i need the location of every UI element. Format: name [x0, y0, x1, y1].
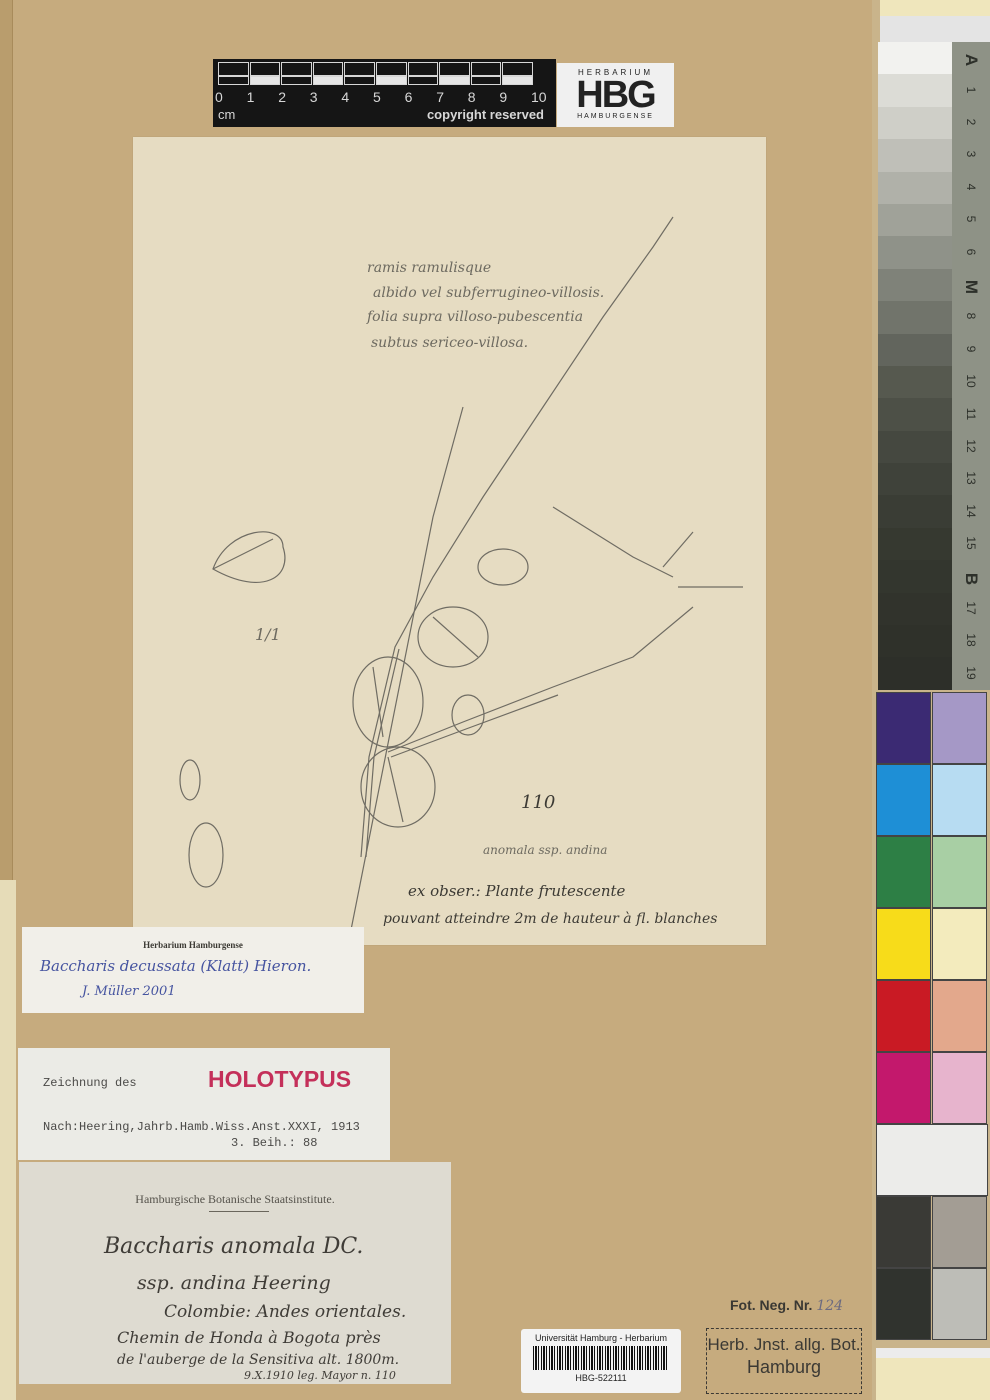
- stamp-line-1: Herb. Jnst. allg. Bot.: [707, 1335, 861, 1355]
- holotype-status: HOLOTYPUS: [208, 1066, 351, 1093]
- folder-edge-pale: [0, 880, 16, 1400]
- determination-name: Baccharis decussata (Klatt) Hieron.: [40, 957, 311, 975]
- scale-tick-label: 7: [436, 89, 444, 105]
- chart-top-cream: [880, 0, 990, 16]
- grey-patch: [878, 204, 952, 236]
- note-line-4: subtus sericeo-villosa.: [371, 335, 528, 351]
- holotype-prefix: Zeichnung des: [43, 1076, 137, 1090]
- color-patch: [932, 980, 987, 1052]
- note-line-3: folia supra villoso-pubescentia: [367, 309, 583, 325]
- barcode-title: Universität Hamburg - Herbarium: [521, 1333, 681, 1343]
- scale-segment-alt: [439, 76, 470, 85]
- photo-negative-number: Fot. Neg. Nr. 124: [730, 1297, 843, 1314]
- scale-segment-alt: [502, 76, 533, 85]
- note-line-2: albido vel subferrugineo-villosis.: [373, 285, 604, 301]
- grey-patch: [878, 495, 952, 527]
- scale-segment-alt: [313, 76, 344, 85]
- scale-segment-alt: [376, 76, 407, 85]
- note-line-1: ramis ramulisque: [367, 260, 491, 276]
- collection-line-5: de l'auberge de la Sensitiva alt. 1800m.: [117, 1352, 399, 1368]
- color-patch: [876, 1196, 931, 1268]
- grey-patch: [878, 463, 952, 495]
- grey-patch: [878, 139, 952, 171]
- divider: [209, 1211, 269, 1212]
- collection-line-6: 9.X.1910 leg. Mayor n. 110: [244, 1369, 396, 1382]
- scale-segment: [344, 62, 375, 76]
- grey-scale-label: 15: [964, 524, 978, 562]
- color-patch: [876, 1268, 931, 1340]
- holotype-reference-2: 3. Beih.: 88: [231, 1136, 317, 1150]
- scale-tick-label: 3: [310, 89, 318, 105]
- scale-segment-alt: [408, 76, 439, 85]
- copyright-text: copyright reserved: [427, 107, 544, 122]
- grey-patch: [878, 74, 952, 106]
- grey-patch: [878, 334, 952, 366]
- color-patch: [932, 836, 987, 908]
- scale-segment-alt: [471, 76, 502, 85]
- color-patch: [876, 1052, 931, 1124]
- scale-unit: cm: [218, 107, 235, 122]
- label-header: Herbarium Hamburgense: [22, 940, 364, 950]
- institution-name: Hamburgische Botanische Staatsinstitute.: [19, 1192, 451, 1207]
- scale-mark: 1/1: [255, 625, 281, 644]
- scale-tick-label: 9: [499, 89, 507, 105]
- grey-scale: [878, 42, 952, 690]
- grey-patch: [878, 431, 952, 463]
- color-patch: [932, 1268, 987, 1340]
- color-patch: [932, 1196, 987, 1268]
- holotype-label: Zeichnung des HOLOTYPUS Nach:Heering,Jah…: [18, 1048, 390, 1160]
- grey-scale-label: 6: [964, 233, 978, 271]
- collection-label: Hamburgische Botanische Staatsinstitute.…: [19, 1162, 451, 1384]
- grey-scale-label: 19: [964, 654, 978, 692]
- color-patch: [876, 692, 931, 764]
- grey-patch: [878, 528, 952, 560]
- scale-segment: [281, 62, 312, 76]
- scale-segment: [439, 62, 470, 76]
- scale-tick-label: 5: [373, 89, 381, 105]
- color-patch: [876, 1124, 988, 1196]
- scale-segment: [313, 62, 344, 76]
- stamp-line-2: Hamburg: [707, 1357, 861, 1378]
- scale-segment: [250, 62, 281, 76]
- grey-patch: [878, 625, 952, 657]
- color-patch: [876, 980, 931, 1052]
- grey-patch: [878, 593, 952, 625]
- scale-tick-label: 10: [531, 89, 547, 105]
- scale-segment: [376, 62, 407, 76]
- scale-segment-alt: [281, 76, 312, 85]
- grey-patch: [878, 657, 952, 689]
- collection-line-3: Colombie: Andes orientales.: [164, 1302, 406, 1322]
- scale-tick-label: 0: [215, 89, 223, 105]
- drawing-number: 110: [521, 792, 555, 813]
- scale-segment-alt: [218, 76, 249, 85]
- grey-patch: [878, 398, 952, 430]
- color-patch: [876, 908, 931, 980]
- color-patch: [876, 836, 931, 908]
- grey-patch: [878, 269, 952, 301]
- scale-segment: [408, 62, 439, 76]
- plant-sketch-icon: [133, 137, 766, 945]
- determiner: J. Müller 2001: [82, 984, 176, 999]
- collection-line-2: ssp. andina Heering: [137, 1272, 331, 1294]
- taxon-note: anomala ssp. andina: [483, 843, 607, 857]
- grey-patch: [878, 366, 952, 398]
- color-patch: [876, 764, 931, 836]
- barcode-icon: [533, 1346, 669, 1370]
- scale-segment: [502, 62, 533, 76]
- barcode-id: HBG-522111: [521, 1373, 681, 1383]
- color-patch: [932, 764, 987, 836]
- color-patch: [932, 1052, 987, 1124]
- scale-tick-label: 8: [468, 89, 476, 105]
- observation-line-1: ex obser.: Plante frutescente: [408, 882, 625, 900]
- grey-patch: [878, 42, 952, 74]
- herbarium-logo: HERBARIUM HBG HAMBURGENSE: [557, 63, 674, 127]
- scale-segment: [471, 62, 502, 76]
- grey-patch: [878, 107, 952, 139]
- chart-bottom-white: [876, 1348, 990, 1358]
- scale-segment-alt: [250, 76, 281, 85]
- logo-mark: HBG: [557, 77, 674, 113]
- determination-label: Herbarium Hamburgense Baccharis decussat…: [22, 927, 364, 1013]
- institution-stamp: Herb. Jnst. allg. Bot. Hamburg: [706, 1328, 862, 1394]
- drawing-sheet: ramis ramulisque albido vel subferrugine…: [133, 137, 766, 945]
- grey-patch: [878, 560, 952, 592]
- collection-line-1: Baccharis anomala DC.: [104, 1234, 363, 1259]
- scale-tick-label: 1: [247, 89, 255, 105]
- photo-negative-label: Fot. Neg. Nr.: [730, 1297, 812, 1313]
- photo-negative-value: 124: [816, 1298, 843, 1314]
- barcode-label: Universität Hamburg - Herbarium HBG-5221…: [521, 1329, 681, 1393]
- observation-line-2: pouvant atteindre 2m de hauteur à fl. bl…: [383, 911, 717, 927]
- scale-tick-label: 4: [341, 89, 349, 105]
- grey-scale-labels: A123456M89101112131415B171819: [952, 42, 990, 690]
- color-patch: [932, 692, 987, 764]
- scale-tick-label: 6: [405, 89, 413, 105]
- scale-segment-alt: [344, 76, 375, 85]
- color-patch: [932, 908, 987, 980]
- grey-patch: [878, 301, 952, 333]
- collection-line-4: Chemin de Honda à Bogota près: [117, 1328, 381, 1347]
- chart-top-white: [880, 16, 990, 42]
- logo-bottom-text: HAMBURGENSE: [557, 113, 674, 120]
- holotype-reference: Nach:Heering,Jahrb.Hamb.Wiss.Anst.XXXI, …: [43, 1120, 360, 1134]
- grey-patch: [878, 172, 952, 204]
- scale-tick-label: 2: [278, 89, 286, 105]
- chart-bottom-cream: [876, 1358, 990, 1400]
- scale-segment: [218, 62, 249, 76]
- scale-bar: cm copyright reserved 012345678910: [213, 59, 556, 127]
- grey-patch: [878, 236, 952, 268]
